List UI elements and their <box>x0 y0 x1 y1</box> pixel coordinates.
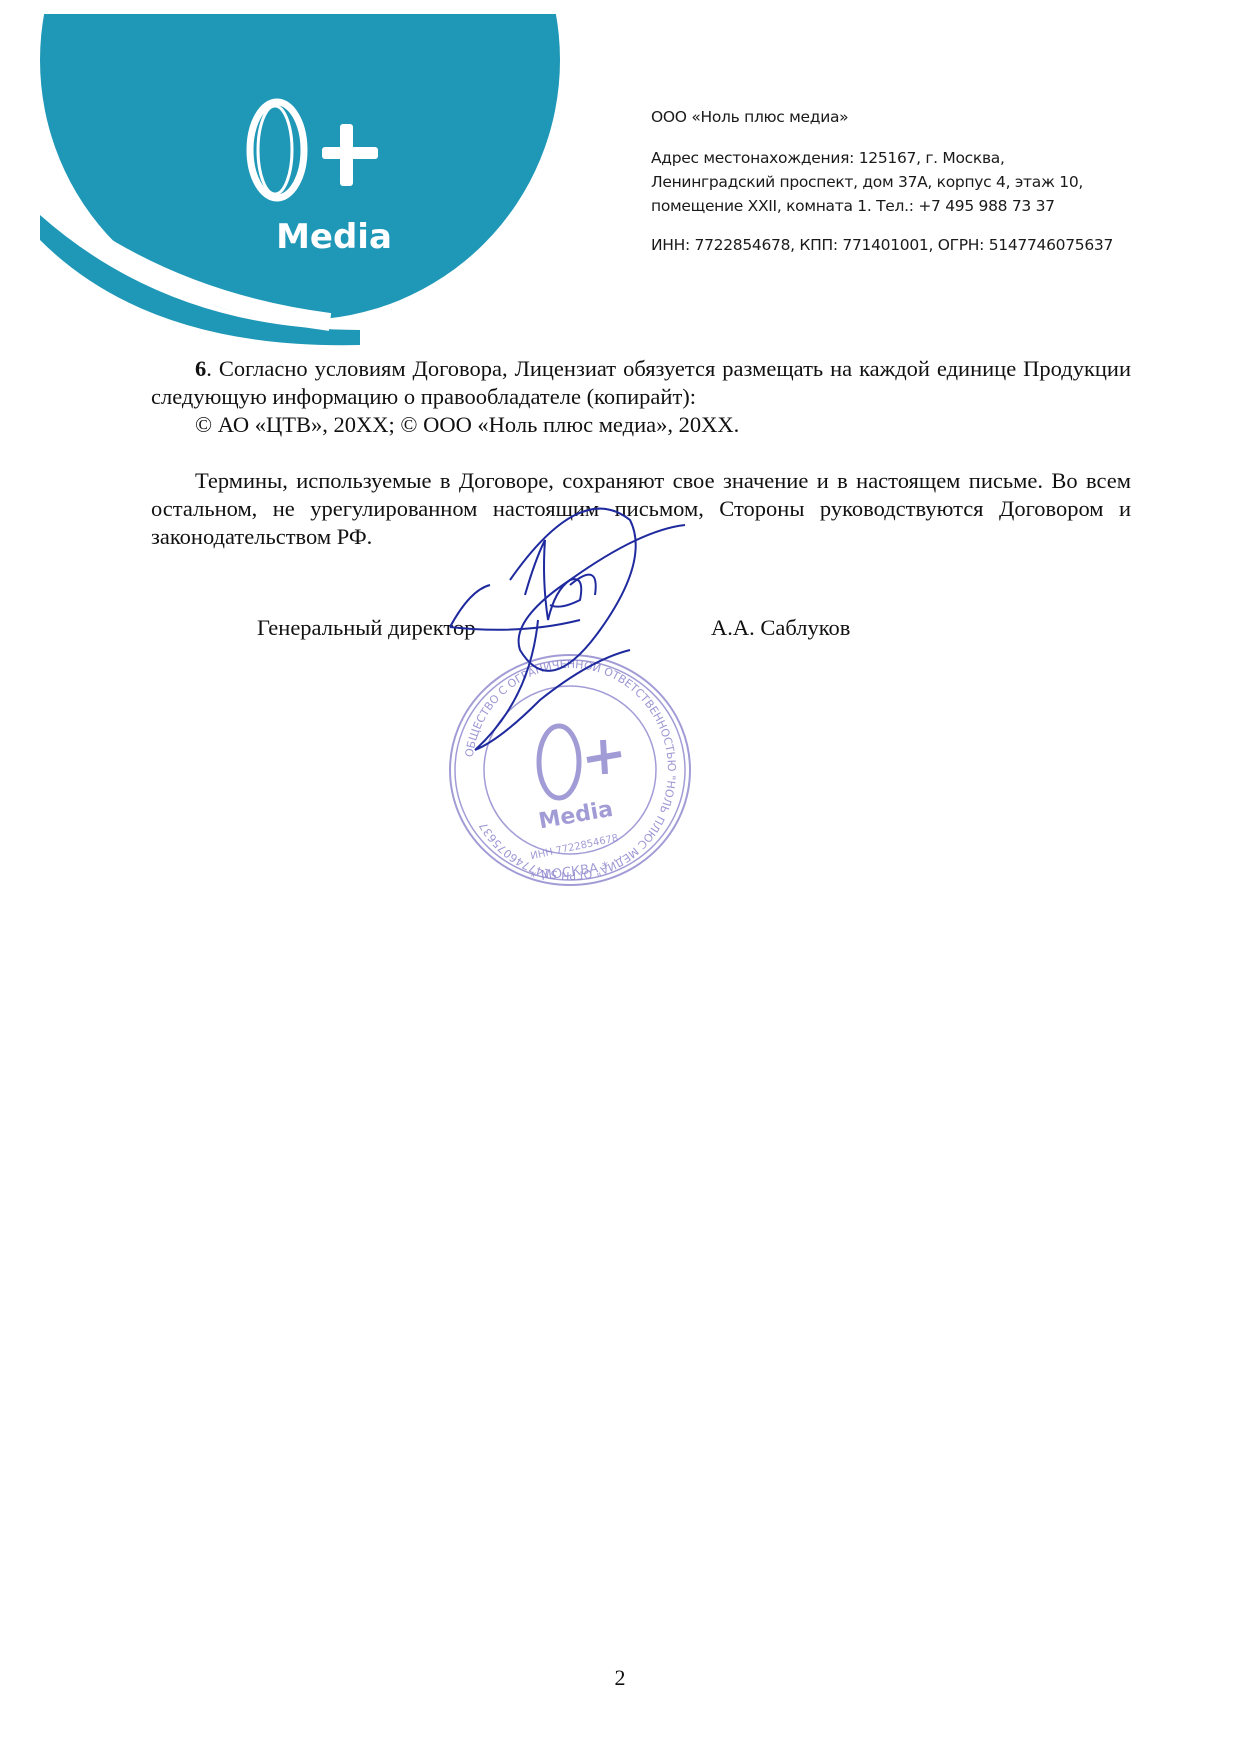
handwritten-signature <box>430 500 760 800</box>
svg-text:ИНН 7722854678: ИНН 7722854678 <box>530 833 620 862</box>
document-page: Media ООО «Ноль плюс медиа» Адрес местон… <box>0 0 1240 1753</box>
organization-name: ООО «Ноль плюс медиа» <box>651 108 1211 126</box>
organization-address: Адрес местонахождения: 125167, г. Москва… <box>651 146 1211 218</box>
copyright-line: © АО «ЦТВ», 20XX; © ООО «Ноль плюс медиа… <box>151 411 1131 439</box>
svg-text:Media: Media <box>276 217 392 257</box>
organization-details: ООО «Ноль плюс медиа» Адрес местонахожде… <box>651 108 1211 254</box>
organization-ids: ИНН: 7722854678, КПП: 771401001, ОГРН: 5… <box>651 236 1211 254</box>
svg-text:Media: Media <box>537 797 615 835</box>
company-logo: Media <box>0 0 560 360</box>
paragraph-number: 6 <box>195 356 206 381</box>
address-line: Адрес местонахождения: 125167, г. Москва… <box>651 146 1211 170</box>
paragraph-text: . Согласно условиям Договора, Лицензиат … <box>151 356 1131 409</box>
address-line: помещение XXII, комната 1. Тел.: +7 495 … <box>651 194 1211 218</box>
paragraph-copyright: 6. Согласно условиям Договора, Лицензиат… <box>151 355 1131 439</box>
page-number: 2 <box>0 1665 1240 1691</box>
address-line: Ленинградский проспект, дом 37А, корпус … <box>651 170 1211 194</box>
